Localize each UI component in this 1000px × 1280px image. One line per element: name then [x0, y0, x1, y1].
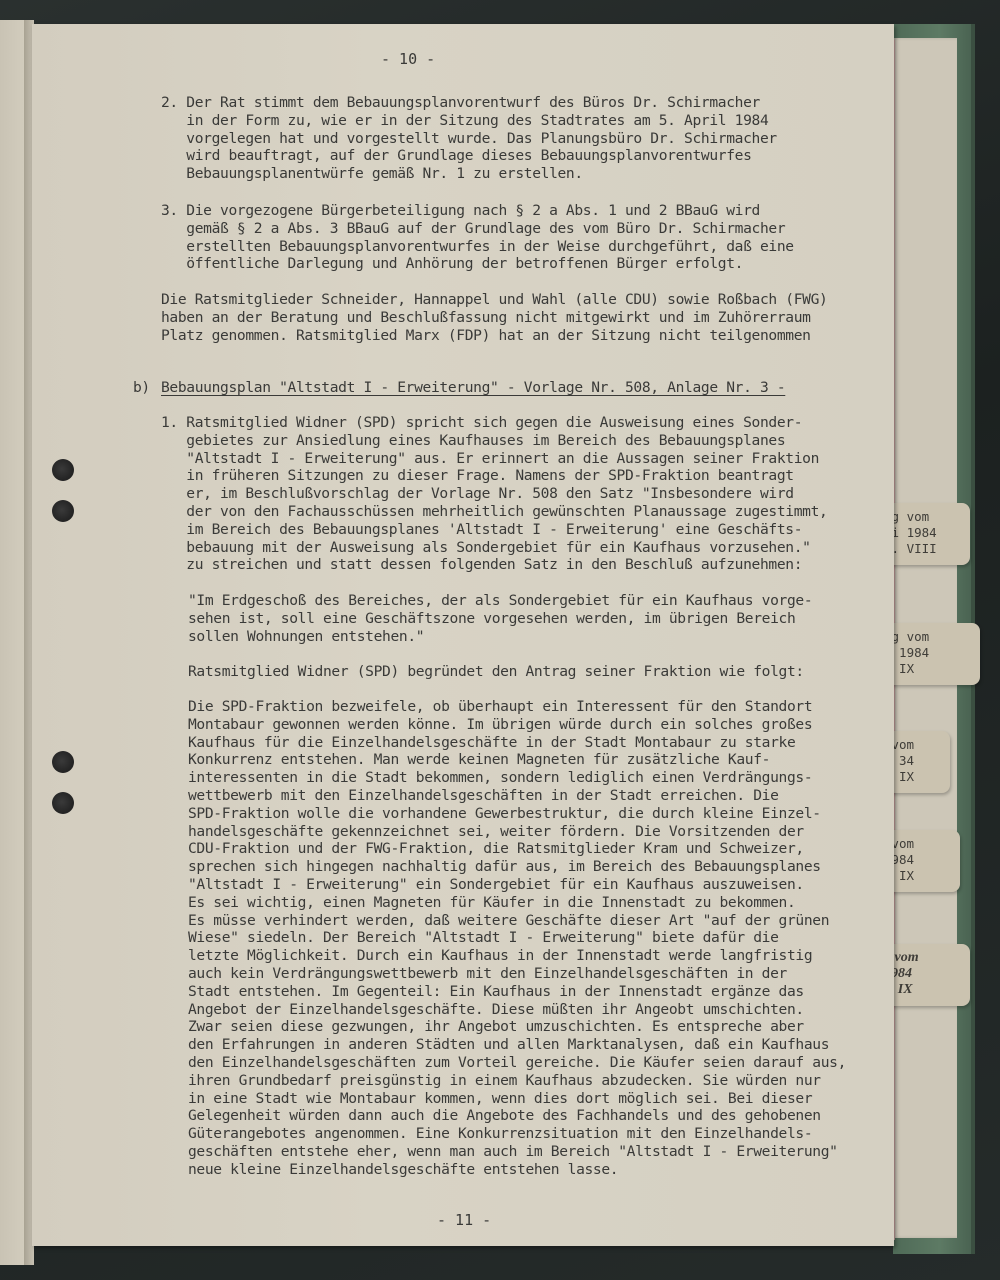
- page-number-top: - 10 -: [381, 50, 435, 68]
- text-line: Es müsse verhindert werden, daß weitere …: [188, 912, 846, 930]
- text-line: den Einzelhandelsgeschäften zum Vorteil …: [188, 1054, 846, 1072]
- text-line: handelsgeschäfte gekennzeichnet sei, wei…: [188, 823, 846, 841]
- punch-hole: [52, 751, 74, 773]
- text-line: haben an der Beratung und Beschlußfassun…: [161, 309, 827, 327]
- text-line: in der Form zu, wie er in der Sitzung de…: [161, 112, 777, 130]
- resolution-item-2: 2. Der Rat stimmt dem Bebauungsplanvoren…: [161, 94, 777, 183]
- tab-line: ng vom: [884, 509, 970, 525]
- text-line: Wiese" siedeln. Der Bereich "Altstadt I …: [188, 929, 846, 947]
- proposed-sentence-quote: "Im Erdgeschoß des Bereiches, der als So…: [188, 592, 812, 645]
- text-line: zu streichen und statt dessen folgenden …: [161, 556, 827, 574]
- text-line: ihren Grundbedarf preisgünstig in einem …: [188, 1072, 846, 1090]
- resolution-item-3: 3. Die vorgezogene Bürgerbeteiligung nac…: [161, 202, 794, 273]
- text-line: in früheren Sitzungen zu dieser Frage. N…: [161, 467, 827, 485]
- text-line: letzte Möglichkeit. Durch ein Kaufhaus i…: [188, 947, 846, 965]
- text-line: Montabaur gewonnen werden könne. Im übri…: [188, 716, 846, 734]
- text-line: Kaufhaus für die Einzelhandelsgeschäfte …: [188, 734, 846, 752]
- text-line: Güterangebotes angenommen. Eine Konkurre…: [188, 1125, 846, 1143]
- tab-line: . IX: [884, 661, 980, 677]
- text-line: Gelegenheit würden dann auch die Angebot…: [188, 1107, 846, 1125]
- text-line: wird beauftragt, auf der Grundlage diese…: [161, 147, 777, 165]
- punch-hole: [52, 792, 74, 814]
- text-line: öffentliche Darlegung und Anhörung der b…: [161, 255, 794, 273]
- punch-hole: [52, 459, 74, 481]
- text-line: sollen Wohnungen entstehen.": [188, 628, 812, 646]
- tab-line: i 1984: [884, 645, 980, 661]
- text-line: "Altstadt I - Erweiterung" aus. Er erinn…: [161, 450, 827, 468]
- text-line: Platz genommen. Ratsmitglied Marx (FDP) …: [161, 327, 827, 345]
- text-line: CDU-Fraktion und der FWG-Fraktion, die R…: [188, 840, 846, 858]
- text-line: gebietes zur Ansiedlung eines Kaufhauses…: [161, 432, 827, 450]
- text-line: Die SPD-Fraktion bezweifele, ob überhaup…: [188, 698, 846, 716]
- text-line: erstellten Bebauungsplanvorentwurfes in …: [161, 238, 794, 256]
- text-line: gemäß § 2 a Abs. 3 BBauG auf der Grundla…: [161, 220, 794, 238]
- text-line: vorgelegen hat und vorgestellt wurde. Da…: [161, 130, 777, 148]
- text-line: im Bereich des Bebauungsplanes 'Altstadt…: [161, 521, 827, 539]
- text-line: wettbewerb mit den Einzelhandelsgeschäft…: [188, 787, 846, 805]
- tab-line: ni 1984: [884, 525, 970, 541]
- text-line: geschäften entstehe eher, wenn man auch …: [188, 1143, 846, 1161]
- justification-intro: Ratsmitglied Widner (SPD) begründet den …: [188, 663, 804, 681]
- text-line: der von den Fachausschüssen mehrheitlich…: [161, 503, 827, 521]
- text-line: Zwar seien diese gezwungen, ihr Angebot …: [188, 1018, 846, 1036]
- text-line: sehen ist, soll eine Geschäftszone vorge…: [188, 610, 812, 628]
- text-line: bebauung mit der Ausweisung als Sonderge…: [161, 539, 827, 557]
- text-line: 2. Der Rat stimmt dem Bebauungsplanvoren…: [161, 94, 777, 112]
- punch-hole: [52, 500, 74, 522]
- justification-text: Die SPD-Fraktion bezweifele, ob überhaup…: [188, 698, 846, 1179]
- text-line: auch kein Verdrängungswettbewerb mit den…: [188, 965, 846, 983]
- text-line: Stadt entstehen. Im Gegenteil: Ein Kaufh…: [188, 983, 846, 1001]
- text-line: interessenten in die Stadt bekommen, son…: [188, 769, 846, 787]
- text-line: Die Ratsmitglieder Schneider, Hannappel …: [161, 291, 827, 309]
- text-line: 1. Ratsmitglied Widner (SPD) spricht sic…: [161, 414, 827, 432]
- text-line: "Altstadt I - Erweiterung" ein Sondergeb…: [188, 876, 846, 894]
- text-line: neue kleine Einzelhandelsgeschäfte entst…: [188, 1161, 846, 1179]
- text-line: Angebot der Einzelhandelsgeschäfte. Dies…: [188, 1001, 846, 1019]
- section-b-heading: Bebauungsplan "Altstadt I - Erweiterung"…: [161, 379, 785, 397]
- text-line: in eine Stadt wie Montabaur kommen, wenn…: [188, 1090, 846, 1108]
- section-b-item-1: 1. Ratsmitglied Widner (SPD) spricht sic…: [161, 414, 827, 574]
- text-line: SPD-Fraktion wolle die vorhandene Gewerb…: [188, 805, 846, 823]
- tab-line: P. VIII: [884, 541, 970, 557]
- tab-line: 1984: [884, 966, 970, 982]
- text-line: sprechen sich hingegen nachhaltig dafür …: [188, 858, 846, 876]
- text-line: Es sei wichtig, einen Magneten für Käufe…: [188, 894, 846, 912]
- text-line: den Erfahrungen in anderen Städten und a…: [188, 1036, 846, 1054]
- text-line: Konkurrenz entstehen. Man werde keinen M…: [188, 751, 846, 769]
- text-line: "Im Erdgeschoß des Bereiches, der als So…: [188, 592, 812, 610]
- text-line: Bebauungsplanentwürfe gemäß Nr. 1 zu ers…: [161, 165, 777, 183]
- tab-line: g vom: [884, 950, 970, 966]
- attendance-note: Die Ratsmitglieder Schneider, Hannappel …: [161, 291, 827, 344]
- text-line: er, im Beschlußvorschlag der Vorlage Nr.…: [161, 485, 827, 503]
- tab-line: ng vom: [884, 629, 980, 645]
- section-b-label: b): [133, 379, 150, 397]
- tab-line: P. IX: [884, 982, 970, 998]
- text-line: 3. Die vorgezogene Bürgerbeteiligung nac…: [161, 202, 794, 220]
- page-number-bottom: - 11 -: [437, 1211, 491, 1229]
